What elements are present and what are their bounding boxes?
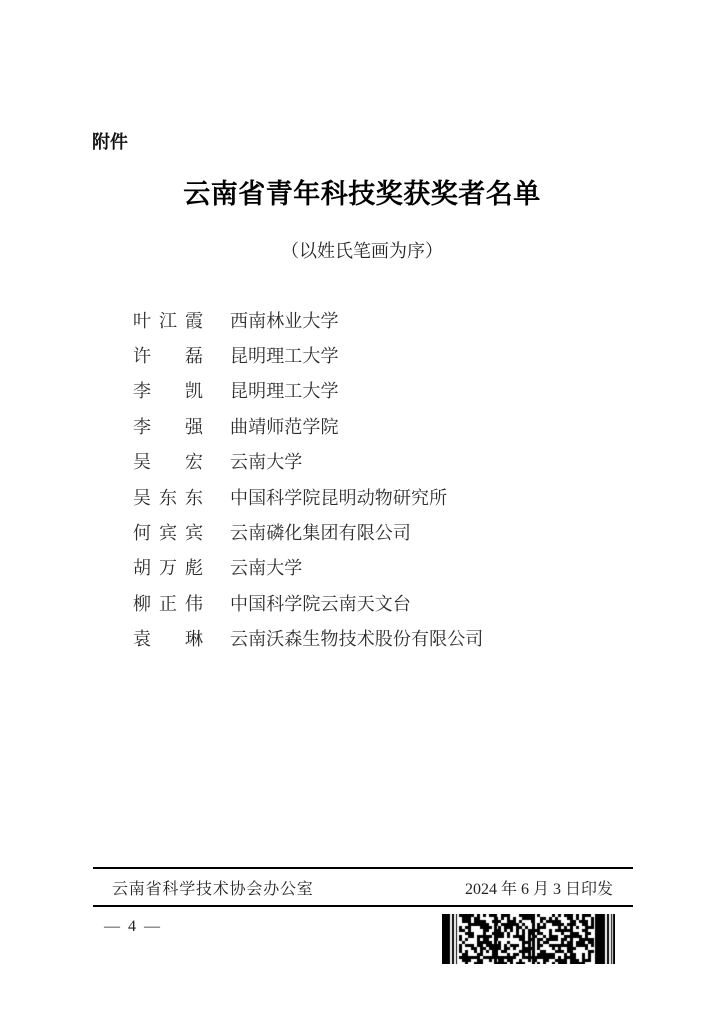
winners-list: 叶江霞 西南林业大学 许磊 昆明理工大学 李凯 昆明理工大学 李强 曲靖师范学院…: [133, 302, 593, 656]
winner-affiliation: 曲靖师范学院: [230, 413, 339, 439]
winner-affiliation: 云南大学: [230, 554, 302, 580]
winner-affiliation: 云南磷化集团有限公司: [230, 519, 411, 545]
document-page: 附件 云南省青年科技奖获奖者名单 （以姓氏笔画为序） 叶江霞 西南林业大学 许磊…: [0, 0, 724, 1024]
winner-affiliation: 昆明理工大学: [230, 342, 339, 368]
winner-name: 李强: [133, 413, 203, 439]
footer-bar: 云南省科学技术协会办公室 2024 年 6 月 3 日印发: [93, 869, 633, 905]
winner-name: 何宾宾: [133, 519, 203, 545]
winner-affiliation: 云南大学: [230, 448, 302, 474]
page-number: — 4 —: [104, 918, 162, 936]
winner-name: 袁琳: [133, 625, 203, 651]
winner-row: 叶江霞 西南林业大学: [133, 302, 593, 337]
winner-row: 袁琳 云南沃森生物技术股份有限公司: [133, 621, 593, 656]
document-title: 云南省青年科技奖获奖者名单: [0, 178, 724, 210]
winner-name: 吴东东: [133, 484, 203, 510]
winner-row: 胡万彪 云南大学: [133, 550, 593, 585]
winner-row: 许磊 昆明理工大学: [133, 337, 593, 372]
sort-order-note: （以姓氏笔画为序）: [0, 241, 724, 263]
winner-row: 柳正伟 中国科学院云南天文台: [133, 585, 593, 620]
winner-row: 吴宏 云南大学: [133, 444, 593, 479]
winner-affiliation: 昆明理工大学: [230, 377, 339, 403]
winner-name: 吴宏: [133, 448, 203, 474]
winner-row: 李凯 昆明理工大学: [133, 373, 593, 408]
winner-affiliation: 西南林业大学: [230, 307, 339, 333]
winner-name: 许磊: [133, 342, 203, 368]
winner-affiliation: 中国科学院昆明动物研究所: [230, 484, 447, 510]
pdf417-barcode: [442, 914, 615, 964]
winner-row: 李强 曲靖师范学院: [133, 408, 593, 443]
winner-name: 柳正伟: [133, 590, 203, 616]
footer-print-date: 2024 年 6 月 3 日印发: [465, 876, 613, 899]
winner-affiliation: 云南沃森生物技术股份有限公司: [230, 625, 483, 651]
winner-affiliation: 中国科学院云南天文台: [230, 590, 411, 616]
winner-row: 吴东东 中国科学院昆明动物研究所: [133, 479, 593, 514]
winner-name: 胡万彪: [133, 554, 203, 580]
attachment-label: 附件: [92, 132, 128, 154]
winner-row: 何宾宾 云南磷化集团有限公司: [133, 514, 593, 549]
footer-rule-bottom: [93, 905, 633, 907]
winner-name: 李凯: [133, 377, 203, 403]
winner-name: 叶江霞: [133, 307, 203, 333]
footer-issuer: 云南省科学技术协会办公室: [112, 876, 314, 899]
